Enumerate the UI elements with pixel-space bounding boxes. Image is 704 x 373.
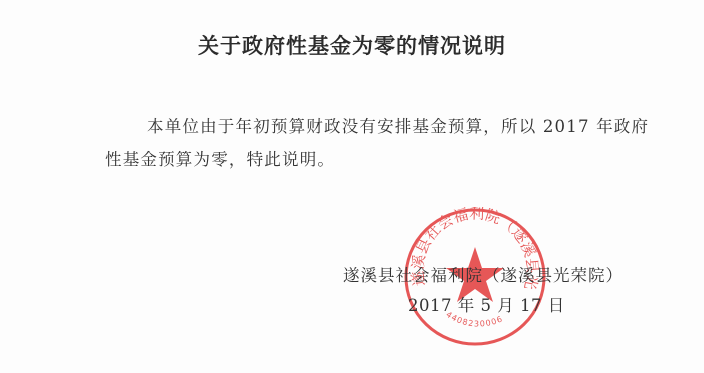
body-line-1: 本单位由于年初预算财政没有安排基金预算，所以 2017 年政府: [147, 113, 649, 137]
body-line-2: 性基金预算为零，特此说明。: [105, 146, 335, 170]
document-title: 关于政府性基金为零的情况说明: [0, 30, 704, 60]
signature-date: 2017 年 5 月 17 日: [408, 292, 565, 316]
signature-organization: 遂溪县社会福利院（遂溪县光荣院）: [343, 262, 623, 286]
